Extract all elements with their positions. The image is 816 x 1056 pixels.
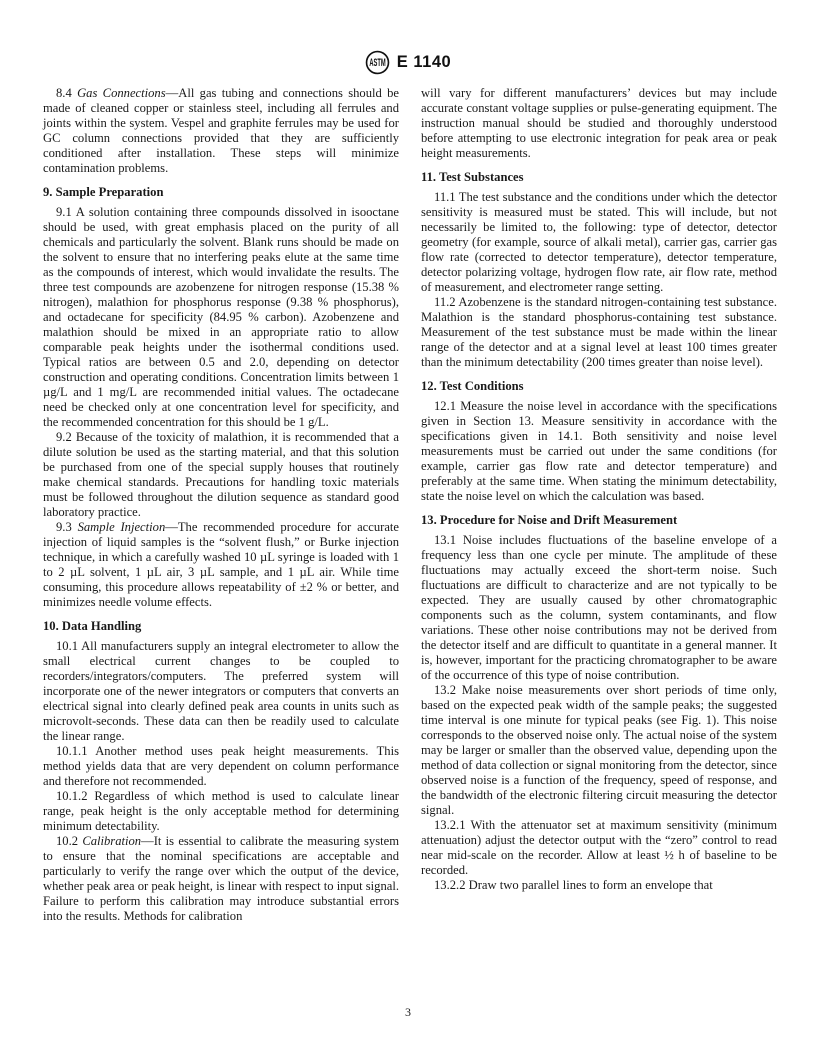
paragraph: 9.3 Sample Injection—The recommended pro… — [43, 520, 399, 610]
paragraph: 9.1 A solution containing three compound… — [43, 205, 399, 430]
paragraph: 10.2 Calibration—It is essential to cali… — [43, 834, 399, 924]
page-footer: 3 — [0, 1005, 816, 1020]
paragraph: will vary for different manufacturers’ d… — [421, 86, 777, 161]
section-heading: 13. Procedure for Noise and Drift Measur… — [421, 513, 777, 528]
astm-logo-icon: ASTM — [365, 50, 390, 75]
paragraph: 13.2.1 With the attenuator set at maximu… — [421, 818, 777, 878]
svg-text:ASTM: ASTM — [369, 57, 385, 69]
section-heading: 9. Sample Preparation — [43, 185, 399, 200]
paragraph: 10.1.1 Another method uses peak height m… — [43, 744, 399, 789]
section-heading: 11. Test Substances — [421, 170, 777, 185]
paragraph: 12.1 Measure the noise level in accordan… — [421, 399, 777, 504]
paragraph: 9.2 Because of the toxicity of malathion… — [43, 430, 399, 520]
document-page: ASTM E 1140 8.4 Gas Connections—All gas … — [0, 0, 816, 1056]
paragraph: 13.1 Noise includes fluctuations of the … — [421, 533, 777, 683]
left-column: 8.4 Gas Connections—All gas tubing and c… — [43, 86, 399, 924]
page-header: ASTM E 1140 — [0, 50, 816, 75]
document-body: 8.4 Gas Connections—All gas tubing and c… — [43, 86, 777, 924]
paragraph: 10.1 All manufacturers supply an integra… — [43, 639, 399, 744]
paragraph: 11.2 Azobenzene is the standard nitrogen… — [421, 295, 777, 370]
right-column: will vary for different manufacturers’ d… — [421, 86, 777, 924]
page-number: 3 — [405, 1005, 411, 1019]
document-number: E 1140 — [397, 53, 451, 72]
section-heading: 10. Data Handling — [43, 619, 399, 634]
section-heading: 12. Test Conditions — [421, 379, 777, 394]
paragraph: 13.2 Make noise measurements over short … — [421, 683, 777, 818]
paragraph: 11.1 The test substance and the conditio… — [421, 190, 777, 295]
paragraph: 10.1.2 Regardless of which method is use… — [43, 789, 399, 834]
paragraph: 13.2.2 Draw two parallel lines to form a… — [421, 878, 777, 893]
paragraph: 8.4 Gas Connections—All gas tubing and c… — [43, 86, 399, 176]
